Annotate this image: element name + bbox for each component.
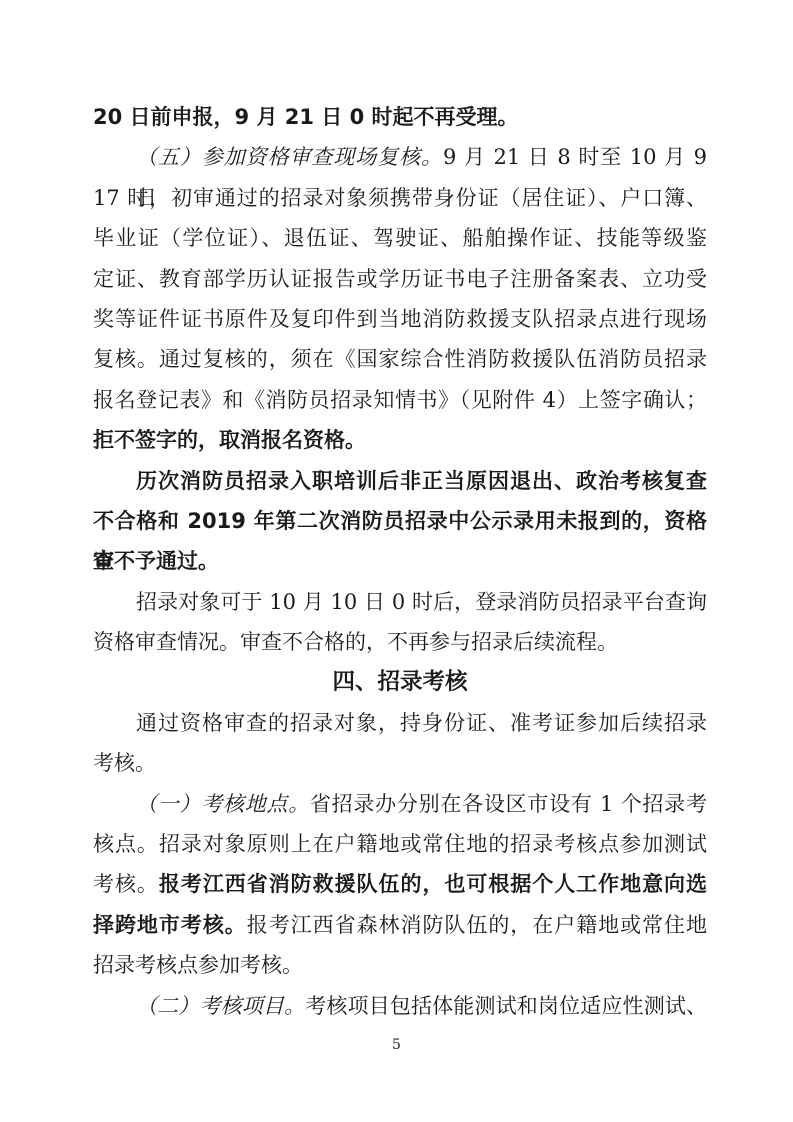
text-segment-regular: 招录考核点参加考核。: [93, 953, 303, 977]
text-line: 四、招录考核: [93, 662, 707, 702]
text-line: 考核。报考江西省消防救援队伍的，也可根据个人工作地意向选: [93, 864, 707, 904]
text-line: 核点。招录对象原则上在户籍地或常住地的招录考核点参加测试: [93, 824, 707, 864]
text-segment-bold: 历次消防员招录入职培训后非正当原因退出、政治考核复查: [136, 469, 707, 493]
text-line: 17 时，初审通过的招录对象须携带身份证（居住证）、户口簿、: [93, 178, 707, 218]
text-segment-regular: 复核。通过复核的，须在《国家综合性消防救援队伍消防员招录: [93, 347, 707, 371]
text-line: 历次消防员招录入职培训后非正当原因退出、政治考核复查: [93, 461, 707, 501]
text-segment-regular: 招录对象可于 10 月 10 日 0 时后，登录消防员招录平台查询: [136, 590, 707, 614]
text-line: 考核。: [93, 743, 707, 783]
text-segment-regular: 17 时，初审通过的招录对象须携带身份证（居住证）、户口簿、: [93, 186, 707, 210]
text-line: 20 日前申报，9 月 21 日 0 时起不再受理。: [93, 97, 707, 137]
text-segment-kaiti: （一）考核地点。: [136, 792, 310, 816]
text-segment-regular: 定证、教育部学历认证报告或学历证书电子注册备案表、立功受: [93, 267, 707, 291]
text-line: （五）参加资格审查现场复核。9 月 21 日 8 时至 10 月 9 日: [93, 137, 707, 177]
text-line: 拒不签字的，取消报名资格。: [93, 420, 707, 460]
text-segment-bold: 20 日前申报，9 月 21 日 0 时起不再受理。: [93, 105, 519, 129]
text-line: 奖等证件证书原件及复印件到当地消防救援支队招录点进行现场: [93, 299, 707, 339]
text-line: 复核。通过复核的，须在《国家综合性消防救援队伍消防员招录: [93, 339, 707, 379]
text-segment-regular: 省招录办分别在各设区市设有 1 个招录考: [310, 792, 707, 816]
text-line: 招录考核点参加考核。: [93, 945, 707, 985]
text-line: （二）考核项目。考核项目包括体能测试和岗位适应性测试、: [93, 986, 707, 1026]
text-line: 不合格和 2019 年第二次消防员招录中公示录用未报到的，资格审: [93, 501, 707, 541]
text-line: 择跨地市考核。报考江西省森林消防队伍的，在户籍地或常住地: [93, 905, 707, 945]
text-segment-bold: 拒不签字的，取消报名资格。: [93, 428, 366, 452]
text-segment-regular: 核点。招录对象原则上在户籍地或常住地的招录考核点参加测试: [93, 832, 707, 856]
text-segment-regular: 奖等证件证书原件及复印件到当地消防救援支队招录点进行现场: [93, 307, 707, 331]
text-line: 报名登记表》和《消防员招录知情书》（见附件 4）上签字确认；: [93, 380, 707, 420]
text-line: 通过资格审查的招录对象，持身份证、准考证参加后续招录: [93, 703, 707, 743]
text-segment-regular: 考核。: [93, 872, 159, 896]
text-segment-regular: 通过资格审查的招录对象，持身份证、准考证参加后续招录: [136, 711, 707, 735]
text-line: 毕业证（学位证）、退伍证、驾驶证、船舶操作证、技能等级鉴: [93, 218, 707, 258]
text-line: 资格审查情况。审查不合格的，不再参与招录后续流程。: [93, 622, 707, 662]
text-line: 招录对象可于 10 月 10 日 0 时后，登录消防员招录平台查询: [93, 582, 707, 622]
text-line: （一）考核地点。省招录办分别在各设区市设有 1 个招录考: [93, 784, 707, 824]
text-segment-heading: 四、招录考核: [332, 669, 467, 695]
text-line: 查不予通过。: [93, 541, 707, 581]
text-segment-bold: 查不予通过。: [93, 549, 219, 573]
text-segment-bold: 择跨地市考核。: [93, 913, 247, 937]
text-segment-kaiti: （二）考核项目。: [136, 994, 305, 1018]
text-line: 定证、教育部学历认证报告或学历证书电子注册备案表、立功受: [93, 259, 707, 299]
text-segment-regular: 报名登记表》和《消防员招录知情书》（见附件 4）上签字确认；: [93, 388, 707, 412]
text-segment-kaiti: （五）参加资格审查现场复核。: [136, 145, 443, 169]
text-segment-bold: 报考江西省消防救援队伍的，也可根据个人工作地意向选: [159, 872, 707, 896]
text-segment-regular: 资格审查情况。审查不合格的，不再参与招录后续流程。: [93, 630, 618, 654]
text-segment-regular: 考核项目包括体能测试和岗位适应性测试、: [305, 994, 707, 1018]
page-number: 5: [0, 1035, 793, 1055]
text-segment-regular: 考核。: [93, 751, 156, 775]
document-page: 20 日前申报，9 月 21 日 0 时起不再受理。（五）参加资格审查现场复核。…: [0, 0, 793, 1122]
document-body: 20 日前申报，9 月 21 日 0 时起不再受理。（五）参加资格审查现场复核。…: [93, 97, 707, 1026]
text-segment-regular: 毕业证（学位证）、退伍证、驾驶证、船舶操作证、技能等级鉴: [93, 226, 707, 250]
text-segment-regular: 报考江西省森林消防队伍的，在户籍地或常住地: [247, 913, 707, 937]
